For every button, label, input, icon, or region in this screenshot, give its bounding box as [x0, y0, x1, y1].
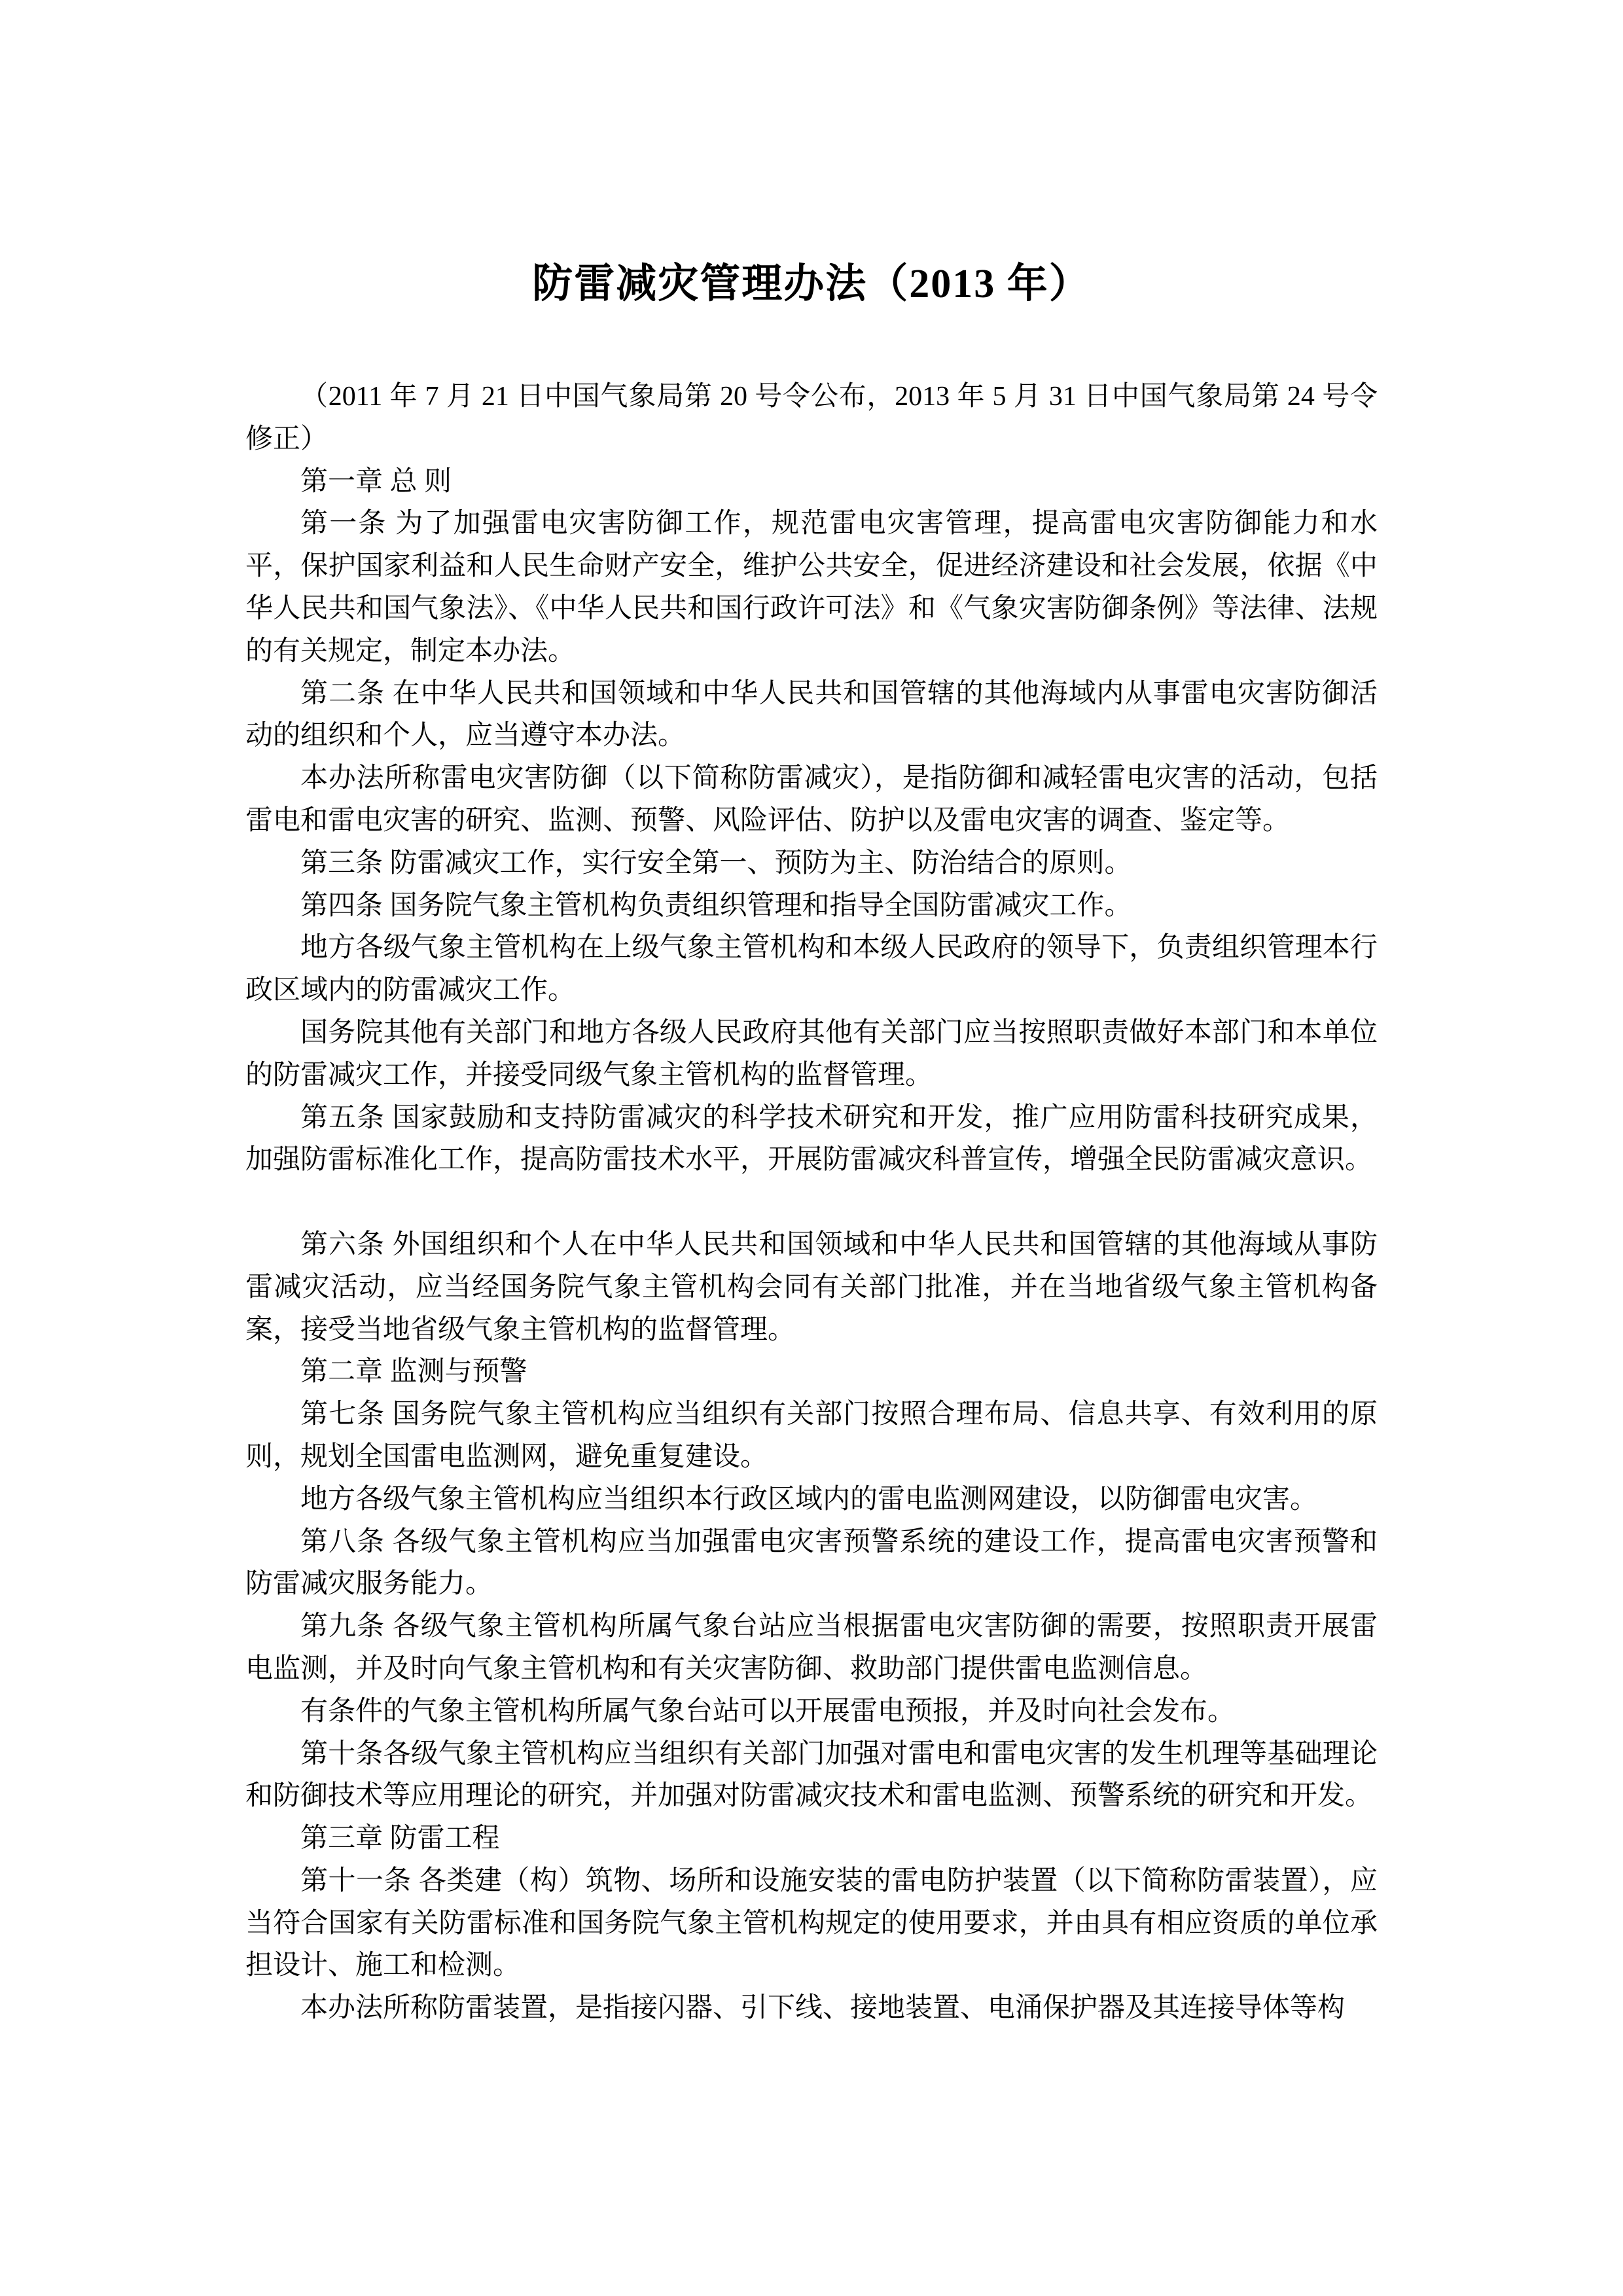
paragraph: 第一条 为了加强雷电灾害防御工作，规范雷电灾害管理，提高雷电灾害防御能力和水平，… — [245, 503, 1378, 672]
chapter-heading: 第三章 防雷工程 — [245, 1818, 1378, 1860]
document-body: （2011 年 7 月 21 日中国气象局第 20 号令公布，2013 年 5 … — [245, 376, 1378, 2030]
paragraph: 第二条 在中华人民共和国领域和中华人民共和国管辖的其他海域内从事雷电灾害防御活动… — [245, 673, 1378, 758]
paragraph: 第十条各级气象主管机构应当组织有关部门加强对雷电和雷电灾害的发生机理等基础理论和… — [245, 1733, 1378, 1818]
paragraph: 本办法所称雷电灾害防御（以下简称防雷减灾），是指防御和减轻雷电灾害的活动，包括雷… — [245, 757, 1378, 842]
paragraph: 地方各级气象主管机构在上级气象主管机构和本级人民政府的领导下，负责组织管理本行政… — [245, 927, 1378, 1012]
paragraph: 第四条 国务院气象主管机构负责组织管理和指导全国防雷减灾工作。 — [245, 885, 1378, 927]
paragraph: （2011 年 7 月 21 日中国气象局第 20 号令公布，2013 年 5 … — [245, 376, 1378, 461]
paragraph: 第七条 国务院气象主管机构应当组织有关部门按照合理布局、信息共享、有效利用的原则… — [245, 1393, 1378, 1479]
paragraph: 有条件的气象主管机构所属气象台站可以开展雷电预报，并及时向社会发布。 — [245, 1691, 1378, 1733]
document-page: 防雷减灾管理办法（2013 年） （2011 年 7 月 21 日中国气象局第 … — [0, 0, 1623, 2296]
paragraph: 第五条 国家鼓励和支持防雷减灾的科学技术研究和开发，推广应用防雷科技研究成果，加… — [245, 1097, 1378, 1182]
blank-line — [245, 1181, 1378, 1224]
chapter-heading: 第二章 监测与预警 — [245, 1351, 1378, 1393]
paragraph: 第三条 防雷减灾工作，实行安全第一、预防为主、防治结合的原则。 — [245, 842, 1378, 885]
paragraph: 第八条 各级气象主管机构应当加强雷电灾害预警系统的建设工作，提高雷电灾害预警和防… — [245, 1521, 1378, 1606]
paragraph: 本办法所称防雷装置，是指接闪器、引下线、接地装置、电涌保护器及其连接导体等构 — [245, 1987, 1378, 2030]
paragraph: 第六条 外国组织和个人在中华人民共和国领域和中华人民共和国管辖的其他海域从事防雷… — [245, 1224, 1378, 1351]
paragraph: 地方各级气象主管机构应当组织本行政区域内的雷电监测网建设，以防御雷电灾害。 — [245, 1479, 1378, 1521]
paragraph: 第十一条 各类建（构）筑物、场所和设施安装的雷电防护装置（以下简称防雷装置），应… — [245, 1860, 1378, 1987]
chapter-heading: 第一章 总 则 — [245, 461, 1378, 503]
paragraph: 第九条 各级气象主管机构所属气象台站应当根据雷电灾害防御的需要，按照职责开展雷电… — [245, 1605, 1378, 1691]
paragraph: 国务院其他有关部门和地方各级人民政府其他有关部门应当按照职责做好本部门和本单位的… — [245, 1012, 1378, 1097]
document-title: 防雷减灾管理办法（2013 年） — [245, 258, 1378, 310]
